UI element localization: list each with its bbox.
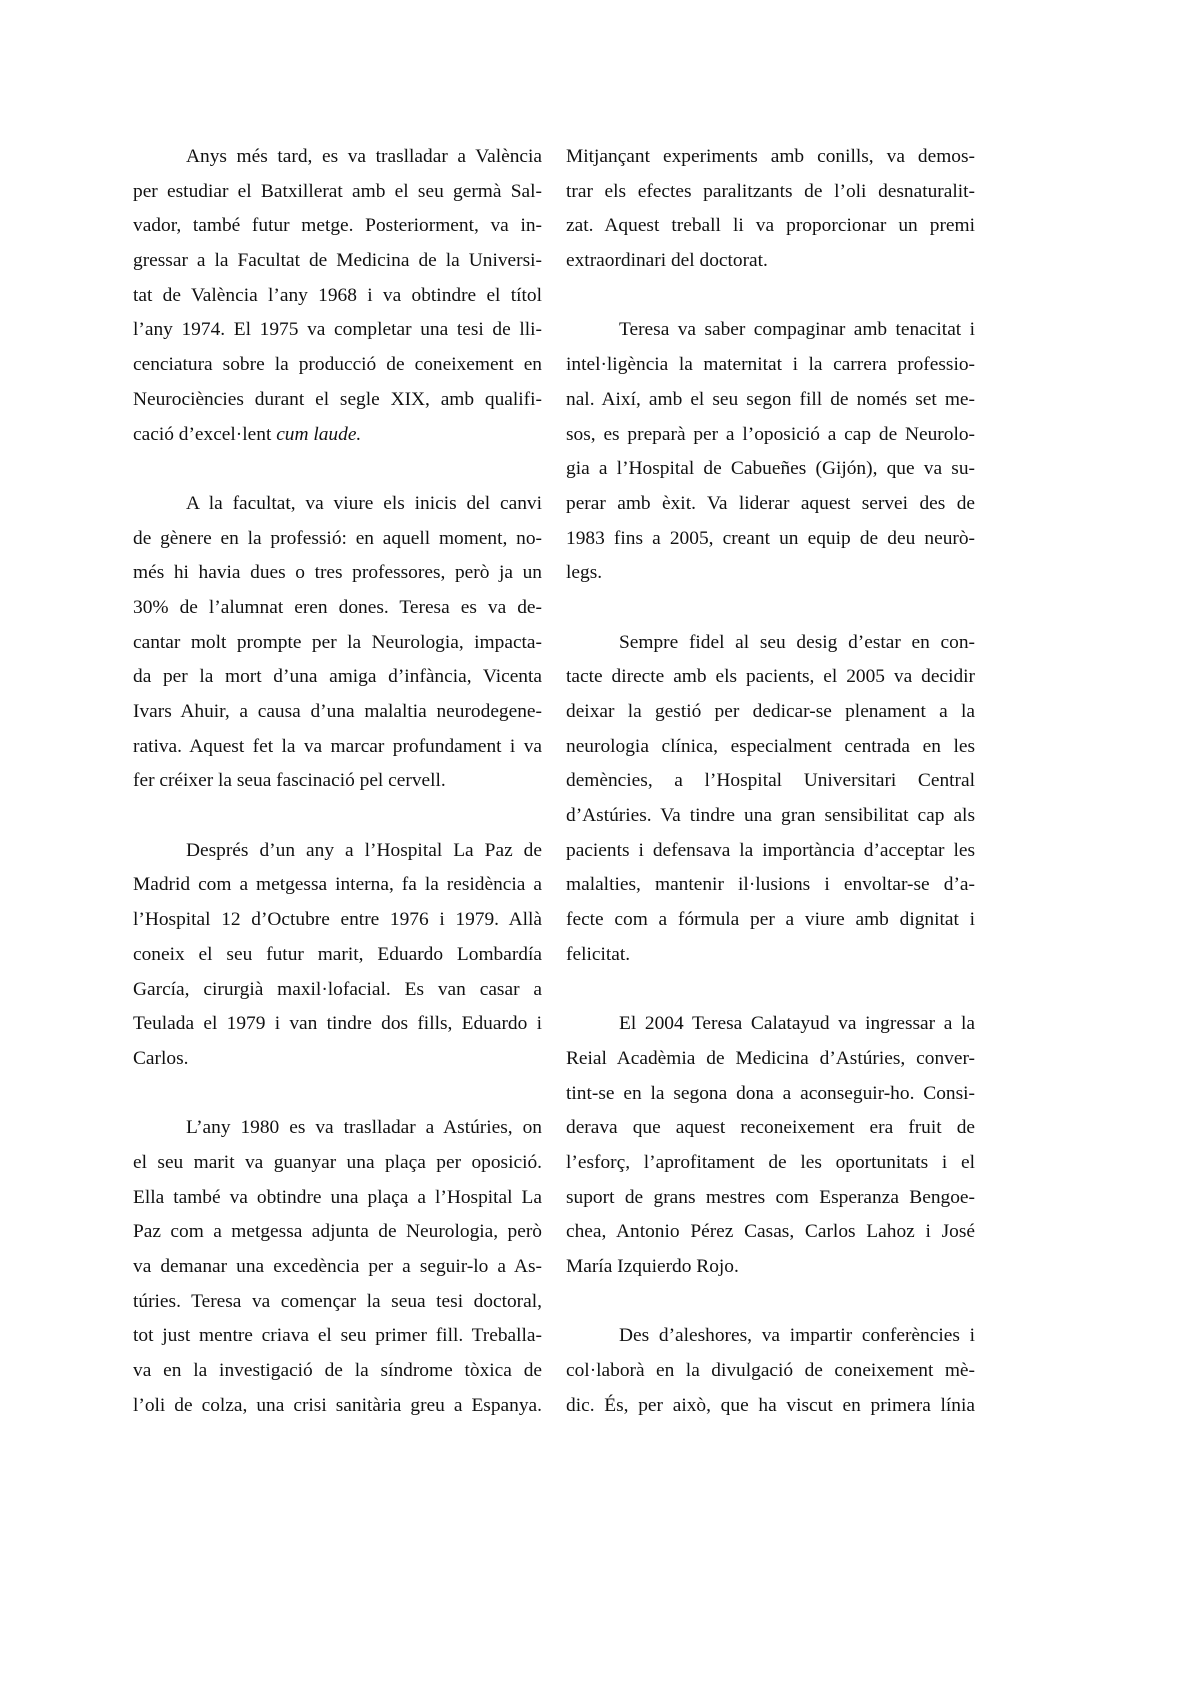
text-line: perar amb èxit. Va liderar aquest servei… (566, 487, 975, 522)
paragraph-valencia-studies: Anys més tard, es va traslladar a Valènc… (133, 140, 542, 452)
text-line: da per la mort d’una amiga d’infància, V… (133, 660, 542, 695)
text-line: va demanar una excedència per a seguir-l… (133, 1250, 542, 1285)
text-line: el seu marit va guanyar una plaça per op… (133, 1146, 542, 1181)
text-line: Mitjançant experiments amb conills, va d… (566, 140, 975, 175)
text-line: suport de grans mestres com Esperanza Be… (566, 1181, 975, 1216)
text-line: Ivars Ahuir, a causa d’una malaltia neur… (133, 695, 542, 730)
text-line: de gènere en la professió: en aquell mom… (133, 522, 542, 557)
text-line: 30% de l’alumnat eren dones. Teresa es v… (133, 591, 542, 626)
text-line: zat. Aquest treball li va proporcionar u… (566, 209, 975, 244)
text-line: María Izquierdo Rojo. (566, 1250, 975, 1285)
text-line: cantar molt prompte per la Neurologia, i… (133, 626, 542, 661)
text-line: gia a l’Hospital de Cabueñes (Gijón), qu… (566, 452, 975, 487)
text-line: Anys més tard, es va traslladar a Valènc… (133, 140, 542, 175)
text-line: tat de València l’any 1968 i va obtindre… (133, 279, 542, 314)
text-line: García, cirurgià maxil·lofacial. Es van … (133, 973, 542, 1008)
text-line: dic. És, per això, que ha viscut en prim… (566, 1389, 975, 1424)
text-line: l’esforç, l’aprofitament de les oportuni… (566, 1146, 975, 1181)
text-line: deixar la gestió per dedicar-se plenamen… (566, 695, 975, 730)
paragraph-experiments-continuation: Mitjançant experiments amb conills, va d… (566, 140, 975, 279)
text-line: cenciatura sobre la producció de coneixe… (133, 348, 542, 383)
text-line: Madrid com a metgessa interna, fa la res… (133, 868, 542, 903)
text-line: extraordinari del doctorat. (566, 244, 975, 279)
text-line: Carlos. (133, 1042, 542, 1077)
text-line: gressar a la Facultat de Medicina de la … (133, 244, 542, 279)
paragraph-asturias-move: L’any 1980 es va traslladar a Astúries, … (133, 1111, 542, 1423)
paragraph-royal-academy: El 2004 Teresa Calatayud va ingressar a … (566, 1007, 975, 1285)
text-line: Des d’aleshores, va impartir conferèncie… (566, 1319, 975, 1354)
text-line: fecte com a fórmula per a viure amb dign… (566, 903, 975, 938)
text-line: tacte directe amb els pacients, el 2005 … (566, 660, 975, 695)
text-line: va en la investigació de la síndrome tòx… (133, 1354, 542, 1389)
text-line: Teresa va saber compaginar amb tenacitat… (566, 313, 975, 348)
text-line: neurologia clínica, especialment centrad… (566, 730, 975, 765)
left-column: Anys més tard, es va traslladar a Valènc… (133, 140, 542, 1423)
text-line: pacients i defensava la importància d’ac… (566, 834, 975, 869)
paragraph-clinical-neurology: Sempre fidel al seu desig d’estar en con… (566, 626, 975, 973)
text-line: Teulada el 1979 i van tindre dos fills, … (133, 1007, 542, 1042)
text-line: túries. Teresa va començar la seua tesi … (133, 1285, 542, 1320)
text-line: Paz com a metgessa adjunta de Neurologia… (133, 1215, 542, 1250)
text-line: El 2004 Teresa Calatayud va ingressar a … (566, 1007, 975, 1042)
paragraph-career-maternity: Teresa va saber compaginar amb tenacitat… (566, 313, 975, 591)
text-line: malalties, mantenir il·lusions i envolta… (566, 868, 975, 903)
text-line: trar els efectes paralitzants de l’oli d… (566, 175, 975, 210)
paragraph-conferences: Des d’aleshores, va impartir conferèncie… (566, 1319, 975, 1423)
text-line: l’any 1974. El 1975 va completar una tes… (133, 313, 542, 348)
italic-phrase: cum laude. (276, 424, 361, 445)
text-line: legs. (566, 556, 975, 591)
text-line: L’any 1980 es va traslladar a Astúries, … (133, 1111, 542, 1146)
text-fragment: cació d’excel·lent (133, 424, 276, 445)
text-line: Ella també va obtindre una plaça a l’Hos… (133, 1181, 542, 1216)
text-line: chea, Antonio Pérez Casas, Carlos Lahoz … (566, 1215, 975, 1250)
text-line: l’oli de colza, una crisi sanitària greu… (133, 1389, 542, 1424)
text-line: Reial Acadèmia de Medicina d’Astúries, c… (566, 1042, 975, 1077)
right-column: Mitjançant experiments amb conills, va d… (566, 140, 975, 1423)
text-line: coneix el seu futur marit, Eduardo Lomba… (133, 938, 542, 973)
text-line: l’Hospital 12 d’Octubre entre 1976 i 197… (133, 903, 542, 938)
text-line: tot just mentre criava el seu primer fil… (133, 1319, 542, 1354)
text-line: fer créixer la seua fascinació pel cerve… (133, 764, 542, 799)
text-line: d’Astúries. Va tindre una gran sensibili… (566, 799, 975, 834)
text-line: més hi havia dues o tres professores, pe… (133, 556, 542, 591)
paragraph-faculty: A la facultat, va viure els inicis del c… (133, 487, 542, 799)
text-line: tint-se en la segona dona a aconseguir-h… (566, 1077, 975, 1112)
text-line: Sempre fidel al seu desig d’estar en con… (566, 626, 975, 661)
text-line: Després d’un any a l’Hospital La Paz de (133, 834, 542, 869)
paragraph-madrid-residency: Després d’un any a l’Hospital La Paz de … (133, 834, 542, 1077)
text-line: derava que aquest reconeixement era frui… (566, 1111, 975, 1146)
text-line: rativa. Aquest fet la va marcar profunda… (133, 730, 542, 765)
text-line: demències, a l’Hospital Universitari Cen… (566, 764, 975, 799)
document-page: Anys més tard, es va traslladar a Valènc… (0, 0, 1190, 1683)
text-line: Neurociències durant el segle XIX, amb q… (133, 383, 542, 418)
text-line: cació d’excel·lent cum laude. (133, 418, 542, 453)
text-line: felicitat. (566, 938, 975, 973)
text-line: vador, també futur metge. Posteriorment,… (133, 209, 542, 244)
text-line: sos, es preparà per a l’oposició a cap d… (566, 418, 975, 453)
text-line: per estudiar el Batxillerat amb el seu g… (133, 175, 542, 210)
text-line: intel·ligència la maternitat i la carrer… (566, 348, 975, 383)
text-line: A la facultat, va viure els inicis del c… (133, 487, 542, 522)
text-line: nal. Així, amb el seu segon fill de nomé… (566, 383, 975, 418)
text-line: col·laborà en la divulgació de coneixeme… (566, 1354, 975, 1389)
text-line: 1983 fins a 2005, creant un equip de deu… (566, 522, 975, 557)
